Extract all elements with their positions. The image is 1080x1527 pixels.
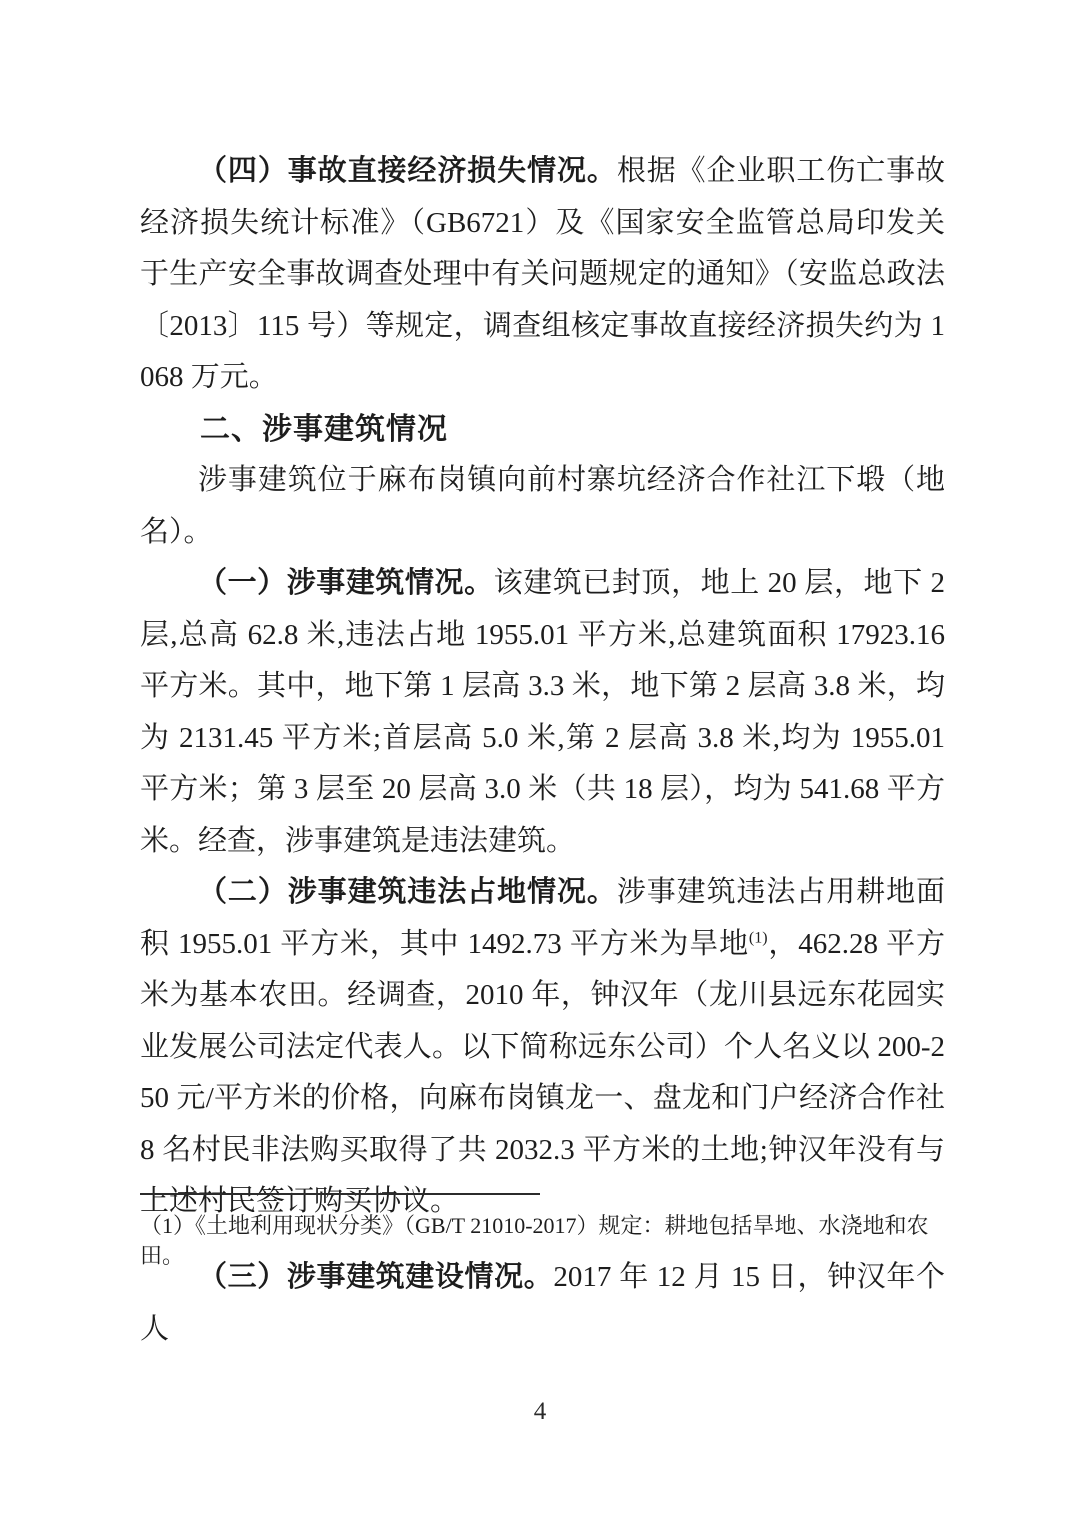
para-building-overview-heading: （一）涉事建筑情况。 — [198, 567, 494, 599]
para-illegal-land: （二）涉事建筑违法占地情况。涉事建筑违法占用耕地面积 1955.01 平方米，其… — [140, 867, 945, 1228]
para-building-overview-text: 该建筑已封顶，地上 20 层，地下 2 层,总高 62.8 米,违法占地 195… — [140, 567, 945, 857]
para-economic-loss: （四）事故直接经济损失情况。根据《企业职工伤亡事故经济损失统计标准》（GB672… — [140, 146, 945, 404]
para-economic-loss-heading: （四）事故直接经济损失情况。 — [198, 155, 617, 187]
para-economic-loss-text: 根据《企业职工伤亡事故经济损失统计标准》（GB6721）及《国家安全监管总局印发… — [140, 155, 945, 393]
footnote-separator — [140, 1193, 540, 1195]
page-number: 4 — [0, 1398, 1080, 1426]
para-construction-heading: （三）涉事建筑建设情况。 — [198, 1261, 553, 1293]
footnote-reference-marker: (1) — [749, 929, 768, 946]
document-page: （四）事故直接经济损失情况。根据《企业职工伤亡事故经济损失统计标准》（GB672… — [0, 0, 1080, 1527]
para-construction: （三）涉事建筑建设情况。2017 年 12 月 15 日，钟汉年个人 — [140, 1252, 945, 1355]
para-illegal-land-text-after-note: ，462.28 平方米为基本农田。经调查，2010 年，钟汉年（龙川县远东花园实… — [140, 928, 945, 1218]
para-illegal-land-heading: （二）涉事建筑违法占地情况。 — [198, 876, 617, 908]
section-heading-involved-building: 二、涉事建筑情况 — [140, 404, 945, 456]
para-building-overview: （一）涉事建筑情况。该建筑已封顶，地上 20 层，地下 2 层,总高 62.8 … — [140, 558, 945, 867]
para-building-location: 涉事建筑位于麻布岗镇向前村寨坑经济合作社江下塅（地名）。 — [140, 455, 945, 558]
